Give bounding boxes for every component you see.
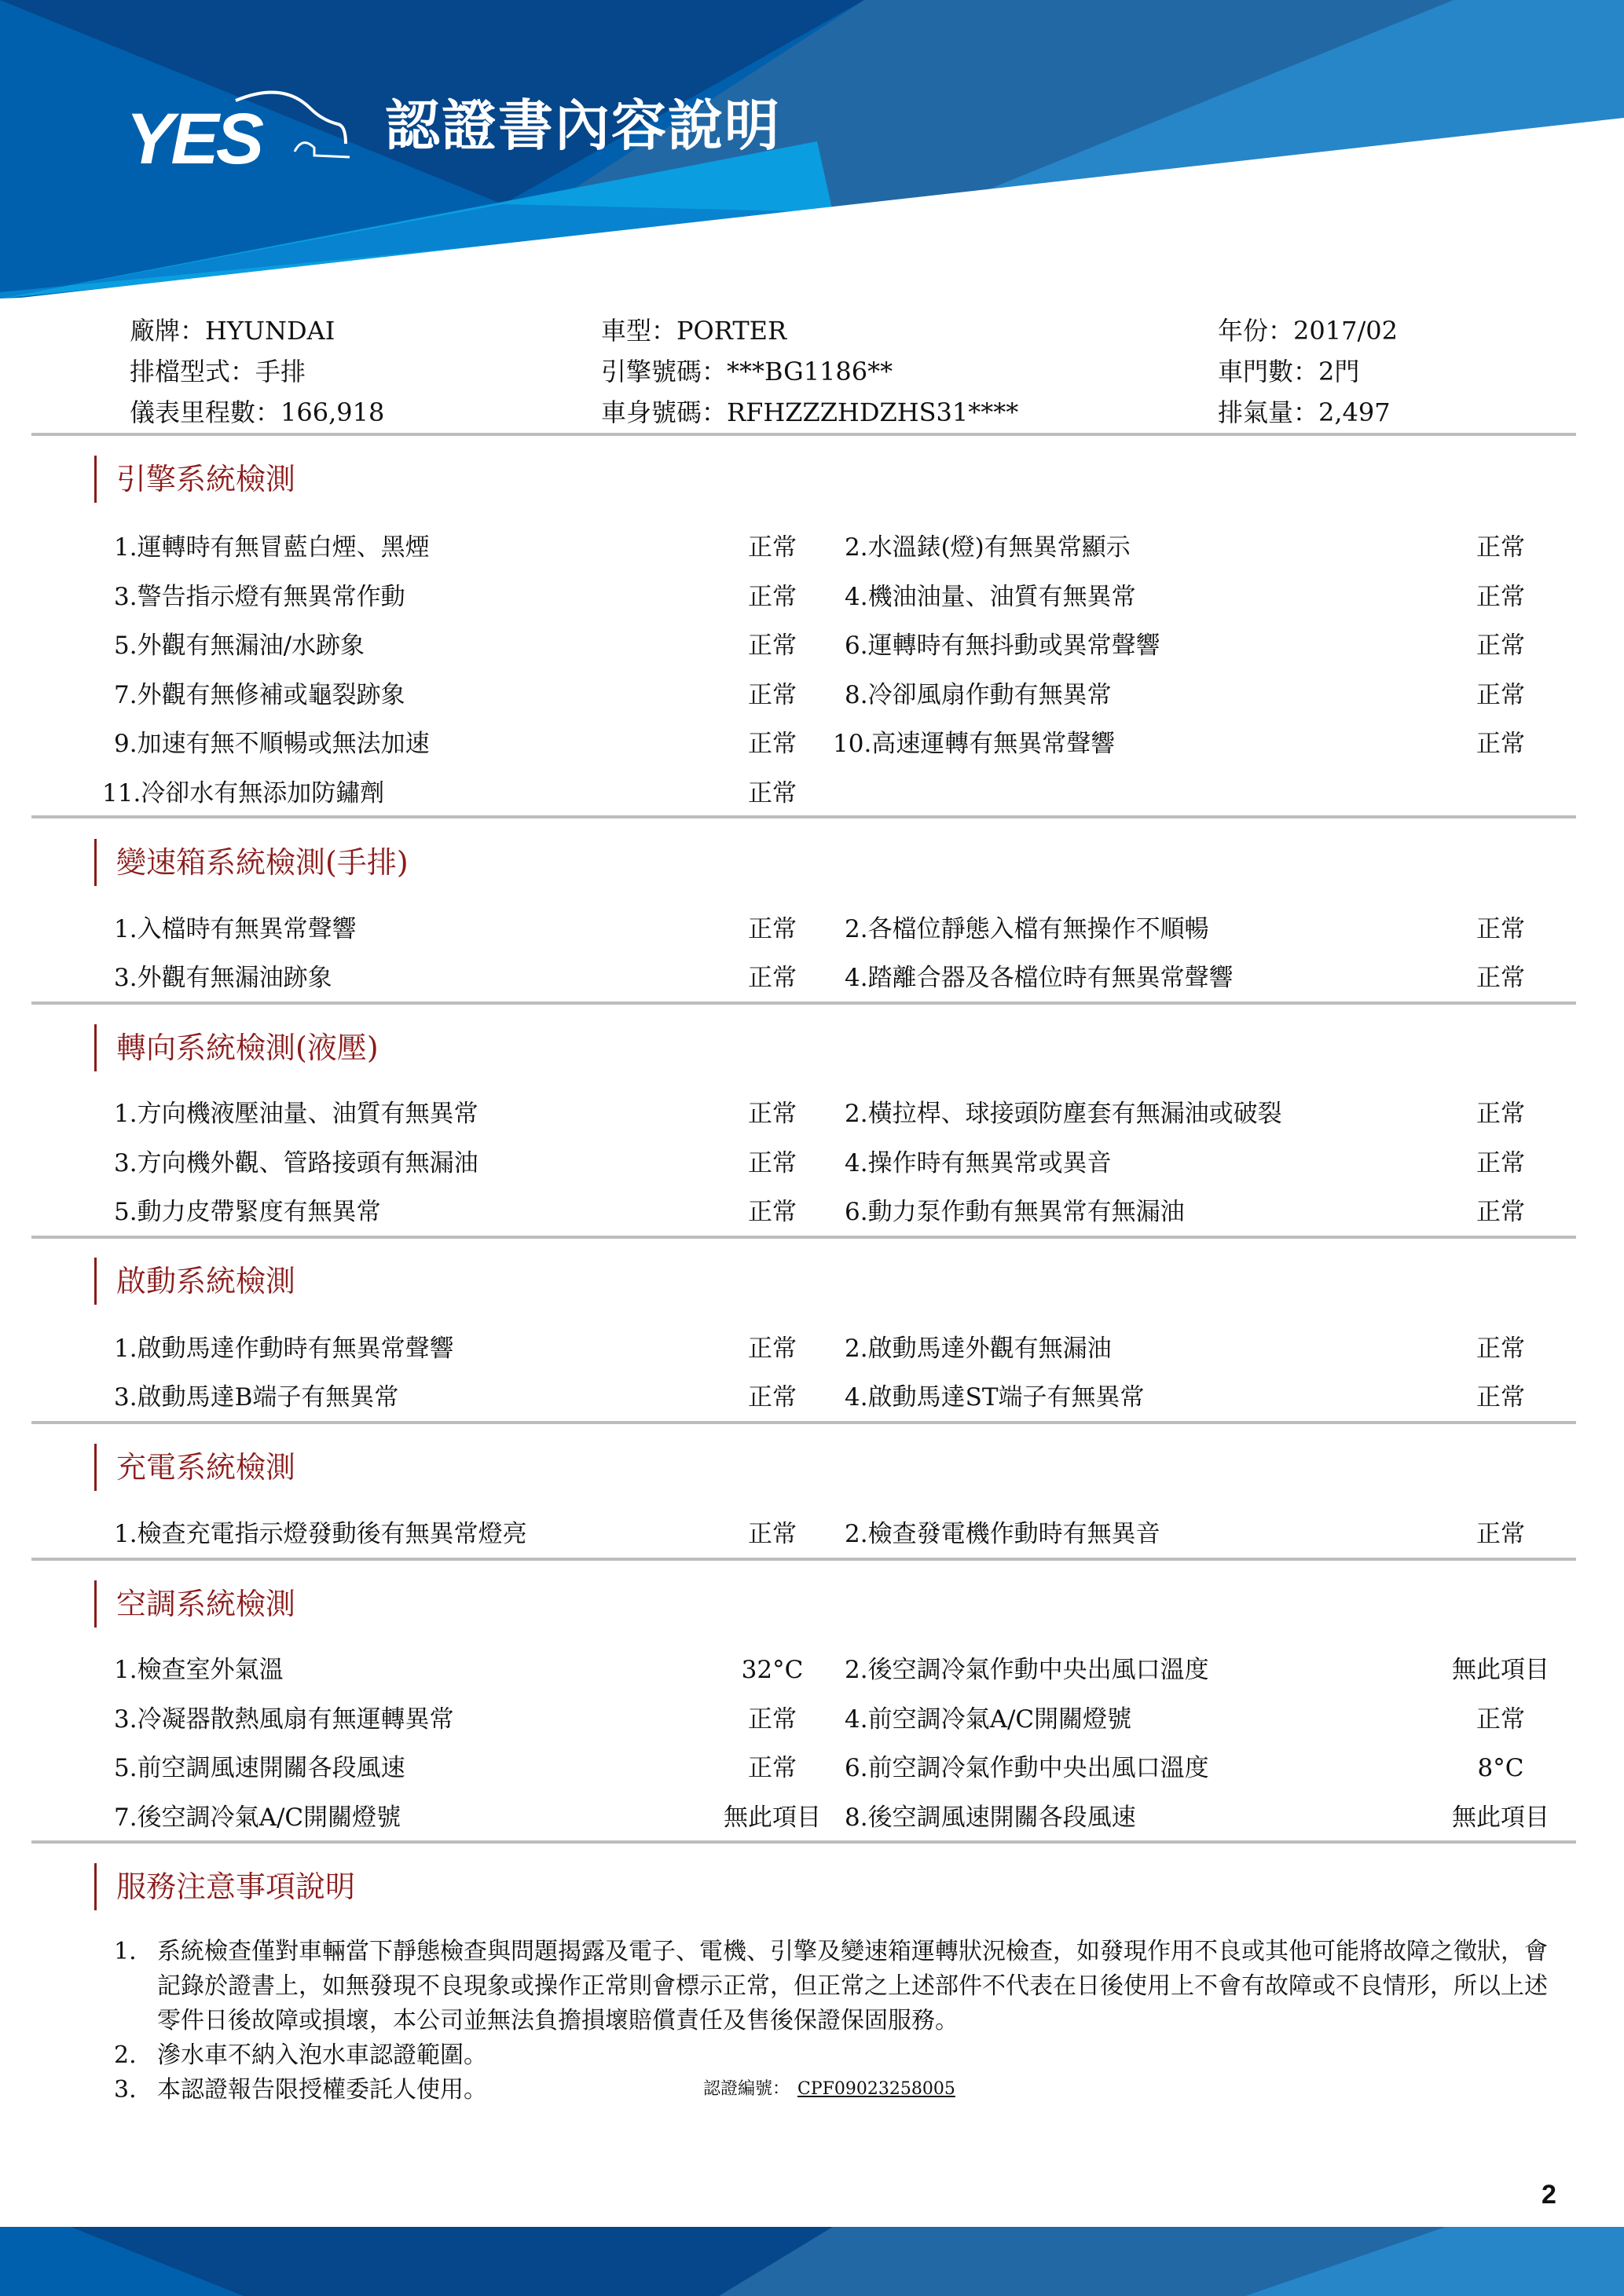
mileage-field: 儀表里程數：166,918 bbox=[130, 392, 384, 433]
check-item-label: 4.踏離合器及各檔位時有無異常聲響 bbox=[845, 958, 1234, 998]
check-item-label: 2.橫拉桿、球接頭防塵套有無漏油或破裂 bbox=[845, 1094, 1282, 1133]
check-item-result: 正常 bbox=[1430, 676, 1571, 715]
note-number: 2. bbox=[114, 2038, 137, 2073]
check-item-result: 32°C bbox=[702, 1650, 843, 1690]
check-row: 5.外觀有無漏油/水跡象 正常 6.運轉時有無抖動或異常聲響 正常 bbox=[0, 626, 1624, 665]
check-item-label: 1.入檔時有無異常聲響 bbox=[114, 910, 357, 949]
check-item-label: 7.後空調冷氣A/C開關燈號 bbox=[114, 1798, 401, 1837]
check-row: 3.冷凝器散熱風扇有無運轉異常 正常 4.前空調冷氣A/C開關燈號 正常 bbox=[0, 1700, 1624, 1739]
check-item-result: 無此項目 bbox=[1430, 1650, 1571, 1690]
check-item-label: 1.方向機液壓油量、油質有無異常 bbox=[114, 1094, 478, 1133]
check-item-result: 正常 bbox=[702, 958, 843, 998]
displacement-field: 排氣量：2,497 bbox=[1218, 392, 1391, 433]
footer-banner bbox=[0, 2227, 1624, 2296]
model-field: 車型：PORTER bbox=[601, 310, 786, 351]
check-item-label: 5.前空調風速開關各段風速 bbox=[114, 1749, 405, 1788]
check-row: 3.外觀有無漏油跡象 正常 4.踏離合器及各檔位時有無異常聲響 正常 bbox=[0, 958, 1624, 998]
check-item-result: 正常 bbox=[702, 1700, 843, 1739]
divider bbox=[31, 1558, 1576, 1561]
check-item-result: 8°C bbox=[1430, 1749, 1571, 1788]
vehicle-info-row: 排檔型式：手排 引擎號碼：***BG1186** 車門數：2門 bbox=[130, 351, 1583, 392]
check-item-label: 4.操作時有無異常或異音 bbox=[845, 1144, 1112, 1183]
check-row: 9.加速有無不順暢或無法加速 正常 10.高速運轉有無異常聲響 正常 bbox=[0, 724, 1624, 764]
check-item-result: 正常 bbox=[1430, 626, 1571, 665]
check-item-result: 無此項目 bbox=[1430, 1798, 1571, 1837]
check-item-result: 正常 bbox=[702, 1144, 843, 1183]
check-item-label: 3.外觀有無漏油跡象 bbox=[114, 958, 332, 998]
vin-field: 車身號碼：RFHZZZHDZHS31**** bbox=[601, 392, 1018, 433]
check-item-result: 正常 bbox=[702, 910, 843, 949]
doors-field: 車門數：2門 bbox=[1218, 351, 1359, 392]
check-item-label: 6.運轉時有無抖動或異常聲響 bbox=[845, 626, 1160, 665]
check-item-result: 正常 bbox=[1430, 528, 1571, 567]
check-row: 3.啟動馬達B端子有無異常 正常 4.啟動馬達ST端子有無異常 正常 bbox=[0, 1378, 1624, 1417]
section-title-air-conditioning: 空調系統檢測 bbox=[94, 1580, 295, 1628]
check-row: 5.前空調風速開關各段風速 正常 6.前空調冷氣作動中央出風口溫度 8°C bbox=[0, 1749, 1624, 1788]
check-row: 1.入檔時有無異常聲響 正常 2.各檔位靜態入檔有無操作不順暢 正常 bbox=[0, 910, 1624, 949]
check-item-label: 9.加速有無不順暢或無法加速 bbox=[114, 724, 430, 764]
check-item-label: 1.運轉時有無冒藍白煙、黑煙 bbox=[114, 528, 430, 567]
check-item-result: 正常 bbox=[702, 724, 843, 764]
check-row: 1.檢查室外氣溫 32°C 2.後空調冷氣作動中央出風口溫度 無此項目 bbox=[0, 1650, 1624, 1690]
check-item-label: 2.水溫錶(燈)有無異常顯示 bbox=[845, 528, 1131, 567]
svg-text:YES: YES bbox=[126, 99, 264, 179]
year-field: 年份：2017/02 bbox=[1218, 310, 1398, 351]
check-item-result: 正常 bbox=[702, 774, 843, 813]
check-row: 1.啟動馬達作動時有無異常聲響 正常 2.啟動馬達外觀有無漏油 正常 bbox=[0, 1329, 1624, 1368]
divider bbox=[31, 1421, 1576, 1424]
vehicle-info: 廠牌：HYUNDAI 車型：PORTER 年份：2017/02 排檔型式：手排 … bbox=[130, 310, 1583, 433]
check-item-result: 正常 bbox=[702, 676, 843, 715]
check-item-label: 10.高速運轉有無異常聲響 bbox=[833, 724, 1115, 764]
check-item-result: 正常 bbox=[1430, 1144, 1571, 1183]
divider bbox=[31, 433, 1576, 436]
check-item-label: 2.各檔位靜態入檔有無操作不順暢 bbox=[845, 910, 1209, 949]
section-title-transmission: 變速箱系統檢測(手排) bbox=[94, 839, 409, 886]
check-item-label: 3.冷凝器散熱風扇有無運轉異常 bbox=[114, 1700, 454, 1739]
note-item: 1. 系統檢查僅對車輛當下靜態檢查與問題揭露及電子、電機、引擎及變速箱運轉狀況檢… bbox=[114, 1935, 1567, 2038]
check-item-label: 1.檢查室外氣溫 bbox=[114, 1650, 284, 1690]
check-item-label: 1.啟動馬達作動時有無異常聲響 bbox=[114, 1329, 454, 1368]
check-item-label: 4.前空調冷氣A/C開關燈號 bbox=[845, 1700, 1131, 1739]
section-title-engine: 引擎系統檢測 bbox=[94, 456, 295, 503]
check-row: 5.動力皮帶緊度有無異常 正常 6.動力泵作動有無異常有無漏油 正常 bbox=[0, 1192, 1624, 1232]
check-item-result: 正常 bbox=[1430, 958, 1571, 998]
check-item-result: 正常 bbox=[1430, 1329, 1571, 1368]
check-item-label: 3.方向機外觀、管路接頭有無漏油 bbox=[114, 1144, 478, 1183]
divider bbox=[31, 1236, 1576, 1239]
section-title-charging: 充電系統檢測 bbox=[94, 1444, 295, 1491]
section-title-starting: 啟動系統檢測 bbox=[94, 1258, 295, 1305]
vehicle-info-row: 儀表里程數：166,918 車身號碼：RFHZZZHDZHS31**** 排氣量… bbox=[130, 392, 1583, 433]
note-text: 系統檢查僅對車輛當下靜態檢查與問題揭露及電子、電機、引擎及變速箱運轉狀況檢查，如… bbox=[157, 1938, 1548, 2034]
engine-number-field: 引擎號碼：***BG1186** bbox=[601, 351, 893, 392]
check-item-result: 正常 bbox=[702, 1378, 843, 1417]
check-item-label: 1.檢查充電指示燈發動後有無異常燈亮 bbox=[114, 1514, 527, 1554]
check-item-label: 8.後空調風速開關各段風速 bbox=[845, 1798, 1136, 1837]
vehicle-info-row: 廠牌：HYUNDAI 車型：PORTER 年份：2017/02 bbox=[130, 310, 1583, 351]
check-item-result: 正常 bbox=[1430, 1700, 1571, 1739]
page-number: 2 bbox=[1542, 2180, 1556, 2210]
check-item-label: 2.檢查發電機作動時有無異音 bbox=[845, 1514, 1160, 1554]
check-row: 11.冷卻水有無添加防鏽劑 正常 bbox=[0, 774, 1624, 813]
note-number: 3. bbox=[114, 2073, 137, 2107]
check-item-result: 正常 bbox=[1430, 1514, 1571, 1554]
check-row: 1.方向機液壓油量、油質有無異常 正常 2.橫拉桿、球接頭防塵套有無漏油或破裂 … bbox=[0, 1094, 1624, 1133]
check-item-result: 正常 bbox=[702, 1094, 843, 1133]
brand-field: 廠牌：HYUNDAI bbox=[130, 310, 335, 351]
note-number: 1. bbox=[114, 1935, 137, 1969]
check-item-result: 正常 bbox=[1430, 1094, 1571, 1133]
check-row: 3.警告指示燈有無異常作動 正常 4.機油油量、油質有無異常 正常 bbox=[0, 577, 1624, 617]
check-item-result: 正常 bbox=[1430, 577, 1571, 617]
check-item-label: 6.前空調冷氣作動中央出風口溫度 bbox=[845, 1749, 1209, 1788]
check-item-result: 正常 bbox=[1430, 724, 1571, 764]
check-item-result: 正常 bbox=[702, 1514, 843, 1554]
check-item-result: 正常 bbox=[702, 1749, 843, 1788]
section-title-service-notes: 服務注意事項說明 bbox=[94, 1863, 355, 1910]
check-item-label: 8.冷卻風扇作動有無異常 bbox=[845, 676, 1112, 715]
section-title-steering: 轉向系統檢測(液壓) bbox=[94, 1024, 379, 1071]
divider bbox=[31, 1002, 1576, 1005]
check-item-label: 6.動力泵作動有無異常有無漏油 bbox=[845, 1192, 1185, 1232]
check-item-label: 4.啟動馬達ST端子有無異常 bbox=[845, 1378, 1145, 1417]
divider bbox=[31, 1840, 1576, 1844]
certificate-number: 認證編號：CPF09023258005 bbox=[703, 2075, 963, 2100]
check-item-label: 7.外觀有無修補或龜裂跡象 bbox=[114, 676, 405, 715]
check-item-result: 正常 bbox=[702, 626, 843, 665]
transmission-field: 排檔型式：手排 bbox=[130, 351, 306, 392]
certificate-number-value: CPF09023258005 bbox=[790, 2079, 963, 2099]
check-item-result: 正常 bbox=[702, 1329, 843, 1368]
check-item-label: 2.啟動馬達外觀有無漏油 bbox=[845, 1329, 1112, 1368]
check-item-result: 正常 bbox=[702, 1192, 843, 1232]
check-item-result: 無此項目 bbox=[702, 1798, 843, 1837]
check-row: 1.運轉時有無冒藍白煙、黑煙 正常 2.水溫錶(燈)有無異常顯示 正常 bbox=[0, 528, 1624, 567]
check-item-result: 正常 bbox=[702, 528, 843, 567]
check-item-label: 2.後空調冷氣作動中央出風口溫度 bbox=[845, 1650, 1209, 1690]
check-item-label: 3.警告指示燈有無異常作動 bbox=[114, 577, 405, 617]
divider bbox=[31, 815, 1576, 818]
check-row: 3.方向機外觀、管路接頭有無漏油 正常 4.操作時有無異常或異音 正常 bbox=[0, 1144, 1624, 1183]
note-text: 本認證報告限授權委託人使用。 bbox=[157, 2076, 487, 2104]
check-row: 1.檢查充電指示燈發動後有無異常燈亮 正常 2.檢查發電機作動時有無異音 正常 bbox=[0, 1514, 1624, 1554]
certificate-number-label: 認證編號： bbox=[703, 2079, 790, 2099]
yes-logo: YES bbox=[126, 85, 361, 179]
document-title: 認證書內容說明 bbox=[385, 98, 781, 153]
check-item-label: 11.冷卻水有無添加防鏽劑 bbox=[102, 774, 384, 813]
check-item-label: 3.啟動馬達B端子有無異常 bbox=[114, 1378, 398, 1417]
note-item: 2. 滲水車不納入泡水車認證範圍。 bbox=[114, 2038, 1567, 2073]
check-item-result: 正常 bbox=[702, 577, 843, 617]
check-row: 7.後空調冷氣A/C開關燈號 無此項目 8.後空調風速開關各段風速 無此項目 bbox=[0, 1798, 1624, 1837]
note-text: 滲水車不納入泡水車認證範圍。 bbox=[157, 2041, 487, 2069]
check-item-label: 4.機油油量、油質有無異常 bbox=[845, 577, 1136, 617]
check-item-label: 5.外觀有無漏油/水跡象 bbox=[114, 626, 365, 665]
check-item-result: 正常 bbox=[1430, 1192, 1571, 1232]
check-item-label: 5.動力皮帶緊度有無異常 bbox=[114, 1192, 381, 1232]
check-item-result: 正常 bbox=[1430, 1378, 1571, 1417]
check-row: 7.外觀有無修補或龜裂跡象 正常 8.冷卻風扇作動有無異常 正常 bbox=[0, 676, 1624, 715]
check-item-result: 正常 bbox=[1430, 910, 1571, 949]
